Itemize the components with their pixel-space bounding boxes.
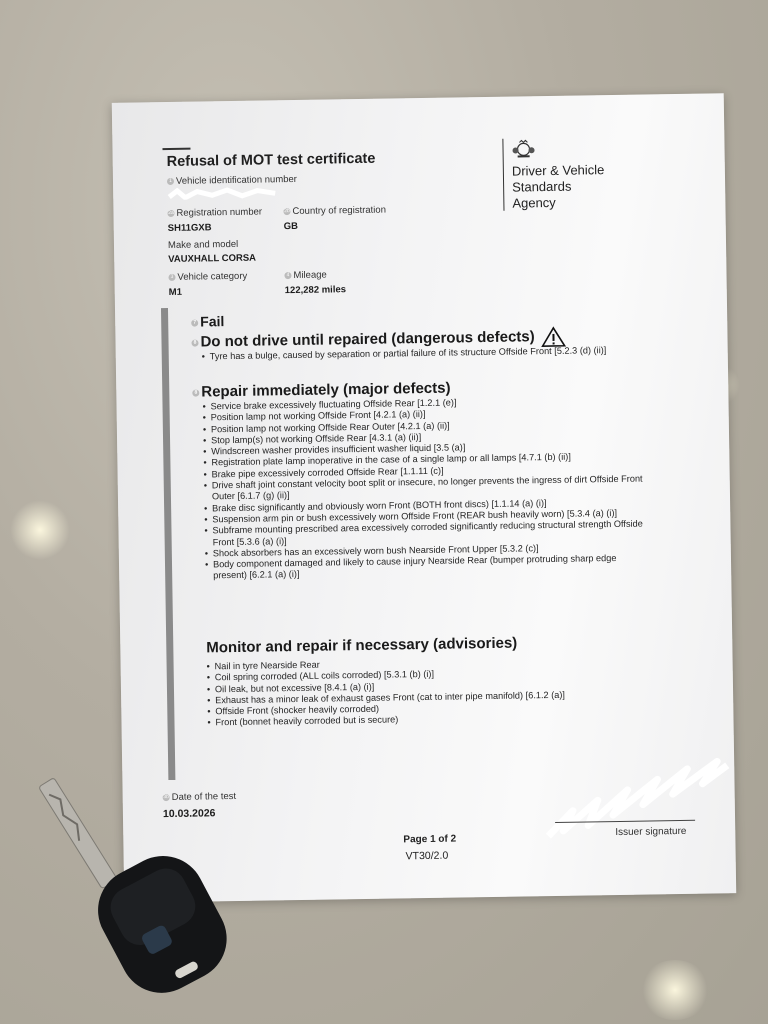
mileage-value: 122,282 miles	[285, 284, 346, 296]
agency-name: Driver & Vehicle Standards Agency	[512, 162, 605, 211]
make-model-label: Make and model	[168, 239, 238, 251]
vin-label: 1Vehicle identification number	[167, 174, 297, 187]
test-results: 7Fail 8Do not drive until repaired (dang…	[161, 300, 701, 308]
country-value: GB	[284, 221, 298, 232]
category-value: M1	[169, 287, 182, 298]
results-sidebar-bar	[161, 308, 175, 780]
light-glare	[640, 960, 710, 1020]
light-glare	[10, 500, 70, 560]
registration-label: 2aRegistration number	[167, 207, 262, 219]
major-defects-list: Service brake excessively fluctuating Of…	[202, 395, 645, 583]
country-label: 2bCountry of registration	[283, 205, 386, 218]
royal-crest-icon	[511, 138, 535, 158]
redacted-vin	[167, 186, 277, 200]
result-fail: 7Fail	[191, 313, 224, 330]
dvsa-logo: Driver & Vehicle Standards Agency	[502, 137, 605, 211]
page-number: Page 1 of 2	[403, 834, 456, 846]
make-model-value: VAUXHALL CORSA	[168, 253, 256, 265]
form-code: VT30/2.0	[406, 850, 449, 863]
document-title: Refusal of MOT test certificate	[167, 151, 376, 170]
car-key-fob	[20, 750, 260, 1000]
registration-value: SH11GXB	[168, 222, 212, 234]
divider	[162, 148, 190, 150]
category-label: 3Vehicle category	[168, 271, 247, 283]
advisories-list: Nail in tyre Nearside RearCoil spring co…	[207, 655, 648, 730]
mileage-label: 4Mileage	[284, 270, 326, 282]
warning-triangle-icon	[541, 326, 567, 348]
advisories-heading: Monitor and repair if necessary (advisor…	[206, 635, 517, 657]
signature-label: Issuer signature	[615, 826, 686, 838]
